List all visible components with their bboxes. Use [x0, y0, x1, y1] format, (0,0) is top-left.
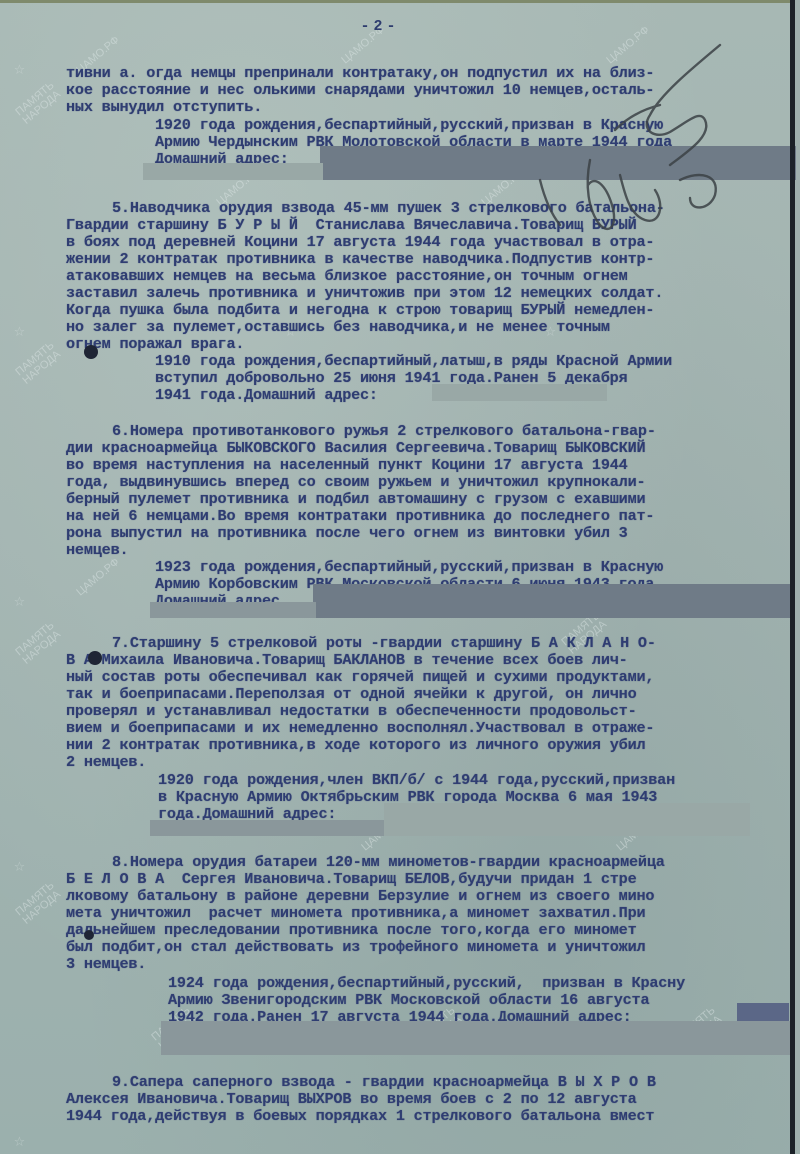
award-entry-8-line: 8.Номера орудия батареи 120-мм минометов…: [112, 853, 665, 871]
watermark-pamyat-naroda: ПАМЯТЬНАРОДА: [14, 80, 64, 127]
award-entry-8-line: мета уничтожил расчет миномета противник…: [66, 904, 645, 922]
watermark-pamyat-naroda: ПАМЯТЬНАРОДА: [14, 340, 64, 387]
ink-blot: [88, 651, 102, 665]
award-entry-5-line: заставил залечь противника и уничтожив п…: [66, 284, 663, 302]
award-entry-6-line: во время наступления на населенный пункт…: [66, 456, 628, 474]
award-entry-6-line: немцев.: [66, 541, 128, 559]
award-entry-7-line: 2 немцев.: [66, 753, 146, 771]
text-line: ных вынудил отступить.: [66, 98, 262, 116]
scan-border: [790, 0, 795, 1154]
ink-blot: [84, 345, 98, 359]
award-entry-7-line: нии 2 контратак противника,в ходе которо…: [66, 736, 645, 754]
award-entry-7-line: проверял и устанавливал недостатки в обе…: [66, 702, 637, 720]
award-entry-7-line: вием и боеприпасами и их немедленно восп…: [66, 719, 654, 737]
watermark-pamyat-naroda: ПАМЯТЬНАРОДА: [14, 620, 64, 667]
redacted-address: [432, 384, 607, 401]
bio-line: 1941 года.Домашний адрес:: [155, 386, 378, 404]
award-entry-6-line: берный пулемет противника и подбил автом…: [66, 490, 645, 508]
watermark-star-icon: ☆: [14, 590, 25, 612]
redacted-address: [150, 602, 316, 618]
award-entry-8-line: Б Е Л О В А Сергея Ивановича.Товарищ БЕЛ…: [66, 870, 637, 888]
text-line: тивни а. огда немцы препринали контратак…: [66, 64, 654, 82]
document-page: ☆ ПАМЯТЬНАРОДА ЦАМО.РФ ЦАМО.РФ ЦАМО.РФ Ц…: [0, 0, 795, 1154]
award-entry-5-line: в боях под деревней Коцини 17 августа 19…: [66, 233, 654, 251]
award-entry-8-line: дальнейшем преследовании противника посл…: [66, 921, 637, 939]
award-entry-5-line: Гвардии старшину Б У Р Ы Й Станислава Вя…: [66, 216, 637, 234]
bio-line: 1920 года рождения,беспартийный,русский,…: [155, 116, 663, 134]
text-line: кое расстояние и нес олькими снарядами у…: [66, 81, 654, 99]
watermark-pamyat-naroda: ПАМЯТЬНАРОДА: [14, 880, 64, 927]
page-number: -2-: [0, 18, 760, 35]
bio-line: 1920 года рождения,член ВКП/б/ с 1944 го…: [158, 771, 675, 789]
redacted-address: [143, 163, 323, 180]
redacted-address: [161, 1021, 795, 1055]
bio-line: 1923 года рождения,беспартийный,русский,…: [155, 558, 663, 576]
award-entry-6-line: дии красноармейца БЫКОВСКОГО Василия Сер…: [66, 439, 645, 457]
award-entry-6-line: на ней 6 немцами.Во время контратаки про…: [66, 507, 654, 525]
watermark-star-icon: ☆: [14, 320, 25, 342]
bio-line: Армию Звенигородским РВК Московской обла…: [168, 991, 649, 1009]
award-entry-9-line: Алексея Ивановича.Товарищ ВЫХРОВ во врем…: [66, 1090, 637, 1108]
award-entry-8-line: 3 немцев.: [66, 955, 146, 973]
award-entry-5-line: 5.Наводчика орудия взвода 45-мм пушек 3 …: [112, 199, 665, 217]
watermark-star-icon: ☆: [14, 58, 25, 80]
bio-line: 1910 года рождения,беспартийный,латыш,в …: [155, 352, 672, 370]
award-entry-7-line: 7.Старшину 5 стрелковой роты -гвардии ст…: [112, 634, 656, 652]
award-entry-7-line: В А Михаила Ивановича.Товарищ БАКЛАНОВ в…: [66, 651, 628, 669]
award-entry-7-line: так и боеприпасами.Переползая от одной я…: [66, 685, 637, 703]
bio-line: 1924 года рождения,беспартийный,русский,…: [168, 974, 685, 992]
redacted-address: [320, 146, 796, 180]
redacted-address: [313, 584, 791, 618]
award-entry-5-line: жении 2 контратак противника в качестве …: [66, 250, 654, 268]
award-entry-5-line: атаковавших немцев на весьма близкое рас…: [66, 267, 628, 285]
watermark-star-icon: ☆: [14, 1130, 25, 1152]
watermark-star-icon: ☆: [14, 855, 25, 877]
watermark-tsamo: ЦАМО.РФ: [75, 557, 122, 599]
page-top-edge: [0, 0, 795, 3]
award-entry-7-line: ный состав роты обеспечивал как горячей …: [66, 668, 654, 686]
award-entry-8-line: был подбит,он стал действовать из трофей…: [66, 938, 645, 956]
award-entry-6-line: года, выдвинувшись вперед со своим ружье…: [66, 473, 645, 491]
award-entry-6-line: 6.Номера противотанкового ружья 2 стрелк…: [112, 422, 656, 440]
award-entry-5-line: но залег за пулемет,оставшись без наводч…: [66, 318, 610, 336]
award-entry-9-line: 1944 года,действуя в боевых порядках 1 с…: [66, 1107, 654, 1125]
award-entry-5-line: Когда пушка была подбита и негодна к стр…: [66, 301, 654, 319]
award-entry-9-line: 9.Сапера саперного взвода - гвардии крас…: [112, 1073, 656, 1091]
award-entry-8-line: лковому батальону в районе деревни Берзу…: [66, 887, 654, 905]
award-entry-6-line: рона выпустил на противника после чего о…: [66, 524, 628, 542]
redacted-address: [150, 820, 384, 836]
redacted-address: [737, 1003, 789, 1021]
redacted-address: [384, 803, 750, 836]
